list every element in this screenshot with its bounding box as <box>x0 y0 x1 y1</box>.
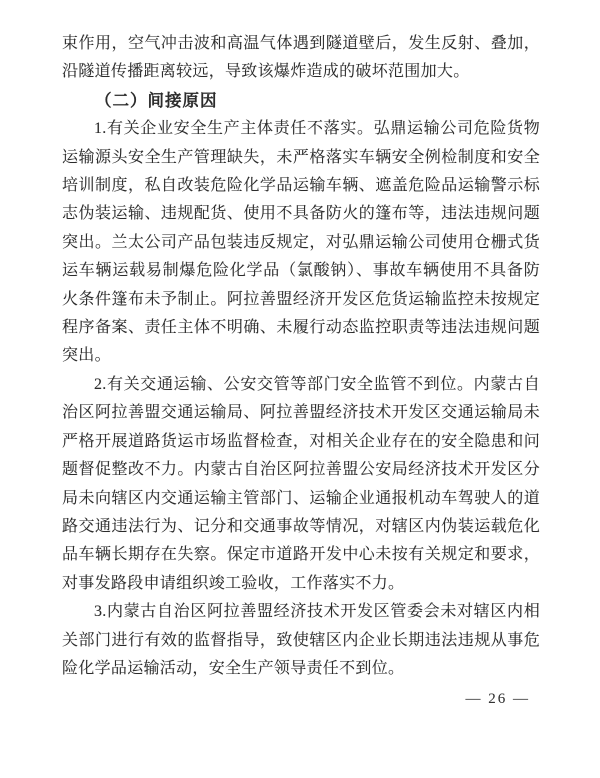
document-page: 束作用，空气冲击波和高温气体遇到隧道壁后，发生反射、叠加，沿隧道传播距离较远，导… <box>0 0 600 778</box>
paragraph-item-2: 2.有关交通运输、公安交管等部门安全监管不到位。内蒙古自治区阿拉善盟交通运输局、… <box>62 371 540 598</box>
paragraph-item-1: 1.有关企业安全生产主体责任不落实。弘鼎运输公司危险货物运输源头安全生产管理缺失… <box>62 115 540 371</box>
paragraph-continuation: 束作用，空气冲击波和高温气体遇到隧道壁后，发生反射、叠加，沿隧道传播距离较远，导… <box>62 30 540 87</box>
document-text-block: 束作用，空气冲击波和高温气体遇到隧道壁后，发生反射、叠加，沿隧道传播距离较远，导… <box>62 30 540 683</box>
paragraph-item-3: 3.内蒙古自治区阿拉善盟经济技术开发区管委会未对辖区内相关部门进行有效的监督指导… <box>62 598 540 683</box>
page-number: — 26 — <box>466 691 531 708</box>
section-heading: （二）间接原因 <box>62 87 540 115</box>
